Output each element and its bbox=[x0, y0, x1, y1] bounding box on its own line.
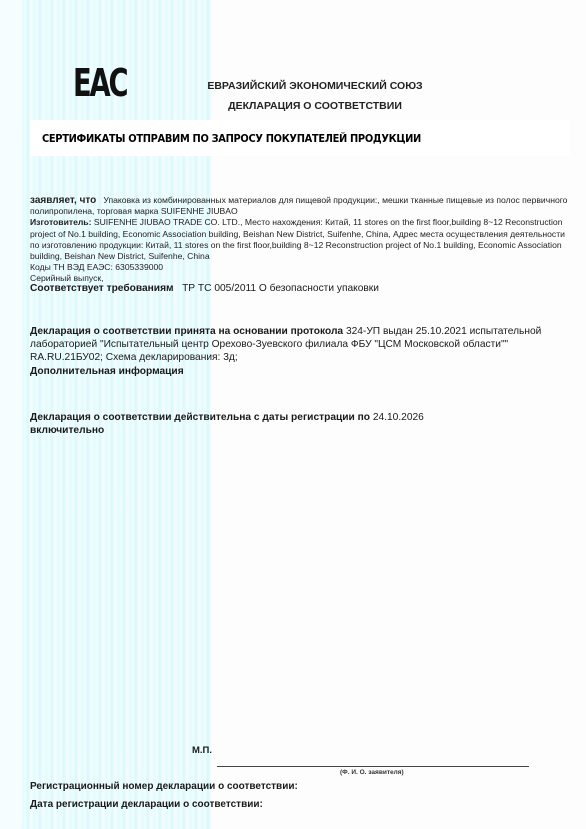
hs-codes: Коды ТН ВЭД ЕАЭС: 6305339000 bbox=[30, 262, 163, 272]
signature-caption: (Ф. И. О. заявителя) bbox=[340, 769, 404, 776]
eac-logo: EAC bbox=[73, 64, 126, 102]
product-description: Упаковка из комбинированных материалов д… bbox=[30, 195, 567, 216]
document-title: ДЕКЛАРАЦИЯ О СООТВЕТСТВИИ bbox=[185, 100, 445, 112]
signature-line bbox=[217, 766, 529, 767]
registration-number-label: Регистрационный номер декларации о соотв… bbox=[30, 781, 298, 792]
validity-block: Декларация о соответствии действительна … bbox=[30, 411, 510, 437]
additional-info-label: Дополнительная информация bbox=[30, 366, 184, 377]
conformity-line: Соответствует требованиям ТР ТС 005/2011… bbox=[30, 283, 379, 294]
basis-block: Декларация о соответствии принята на осн… bbox=[30, 325, 560, 364]
declares-label: заявляет, что bbox=[30, 195, 96, 206]
stamp-place-label: М.П. bbox=[192, 745, 212, 756]
scan-tint bbox=[0, 0, 22, 829]
registration-date-label: Дата регистрации декларации о соответств… bbox=[30, 799, 263, 810]
validity-suffix: включительно bbox=[30, 425, 104, 436]
notice-text: СЕРТИФИКАТЫ ОТПРАВИМ ПО ЗАПРОСУ ПОКУПАТЕ… bbox=[42, 133, 421, 145]
declaration-block: заявляет, что Упаковка из комбинированны… bbox=[30, 195, 570, 285]
conforms-value: ТР ТС 005/2011 О безопасности упаковки bbox=[182, 283, 379, 294]
serial-production: Серийный выпуск, bbox=[30, 273, 104, 283]
validity-label: Декларация о соответствии действительна … bbox=[30, 412, 370, 423]
basis-label: Декларация о соответствии принята на осн… bbox=[30, 326, 343, 337]
manufacturer-label: Изготовитель: bbox=[30, 217, 91, 227]
conforms-label: Соответствует требованиям bbox=[30, 283, 174, 294]
union-title: ЕВРАЗИЙСКИЙ ЭКОНОМИЧЕСКИЙ СОЮЗ bbox=[185, 80, 445, 92]
validity-date: 24.10.2026 bbox=[373, 412, 424, 423]
manufacturer-info: SUIFENHE JIUBAO TRADE CO. LTD., Место на… bbox=[30, 217, 565, 261]
